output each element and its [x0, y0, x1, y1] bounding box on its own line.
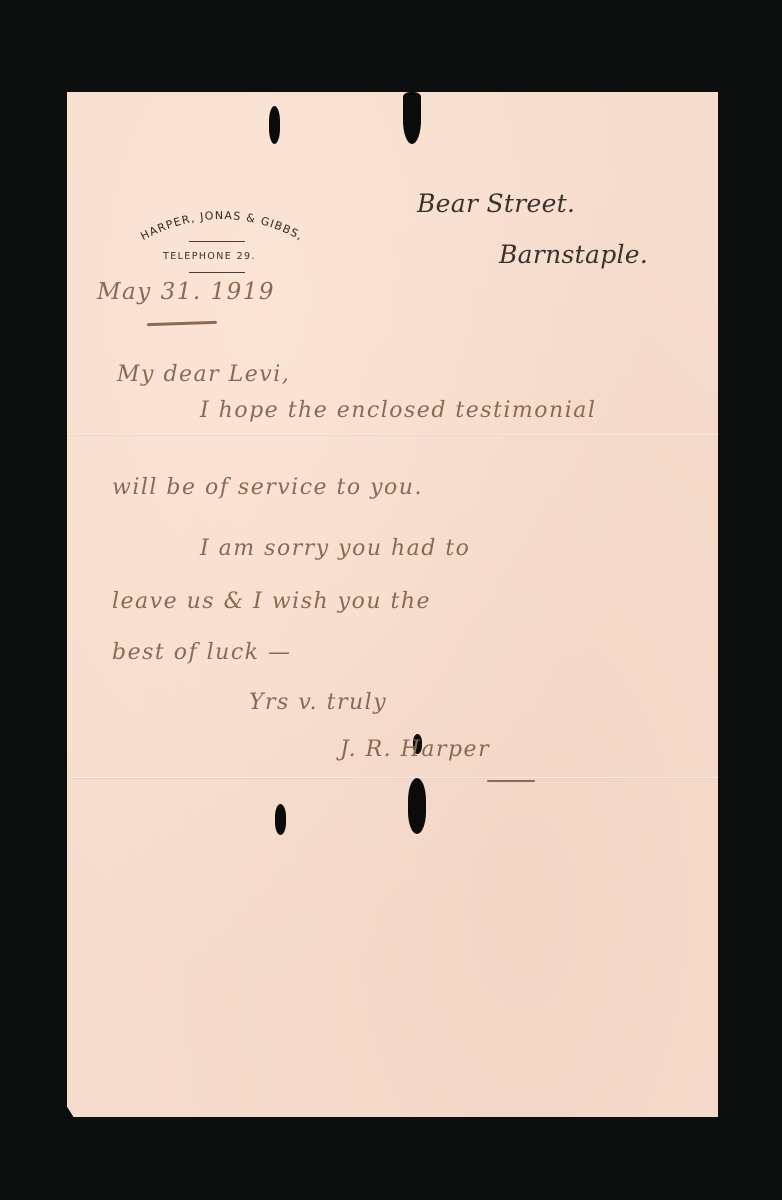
punch-hole-bottom-left	[275, 804, 286, 835]
fold-line-lower	[67, 777, 718, 779]
letter-sheet: HARPER, JONAS & GIBBS, TELEPHONE 29. Bea…	[67, 92, 718, 1117]
body-line: I hope the enclosed testimonial	[200, 398, 596, 423]
body-line: best of luck —	[112, 640, 291, 665]
letterhead-rule-lower	[189, 272, 245, 273]
fold-line-upper	[67, 434, 718, 436]
salutation: My dear Levi,	[117, 362, 290, 387]
letterhead-rule-upper	[189, 241, 245, 242]
signature-underline	[487, 780, 535, 782]
body-line: I am sorry you had to	[200, 536, 470, 561]
firm-name: HARPER, JONAS & GIBBS,	[122, 204, 322, 244]
punch-hole-bottom-right	[408, 778, 426, 834]
svg-text:HARPER, JONAS & GIBBS,: HARPER, JONAS & GIBBS,	[138, 209, 305, 243]
punch-hole-top-right	[403, 92, 421, 144]
punch-hole-top-left	[269, 106, 280, 144]
date-underline	[147, 321, 217, 326]
address-street: Bear Street.	[417, 189, 575, 218]
address-town: Barnstaple.	[499, 240, 648, 269]
letter-date: May 31. 1919	[97, 279, 275, 305]
body-line: leave us & I wish you the	[112, 589, 431, 614]
closing: Yrs v. truly	[249, 690, 387, 715]
signature: J. R. Harper	[340, 737, 490, 762]
telephone-number: TELEPHONE 29.	[163, 251, 256, 262]
body-line: will be of service to you.	[112, 475, 423, 500]
